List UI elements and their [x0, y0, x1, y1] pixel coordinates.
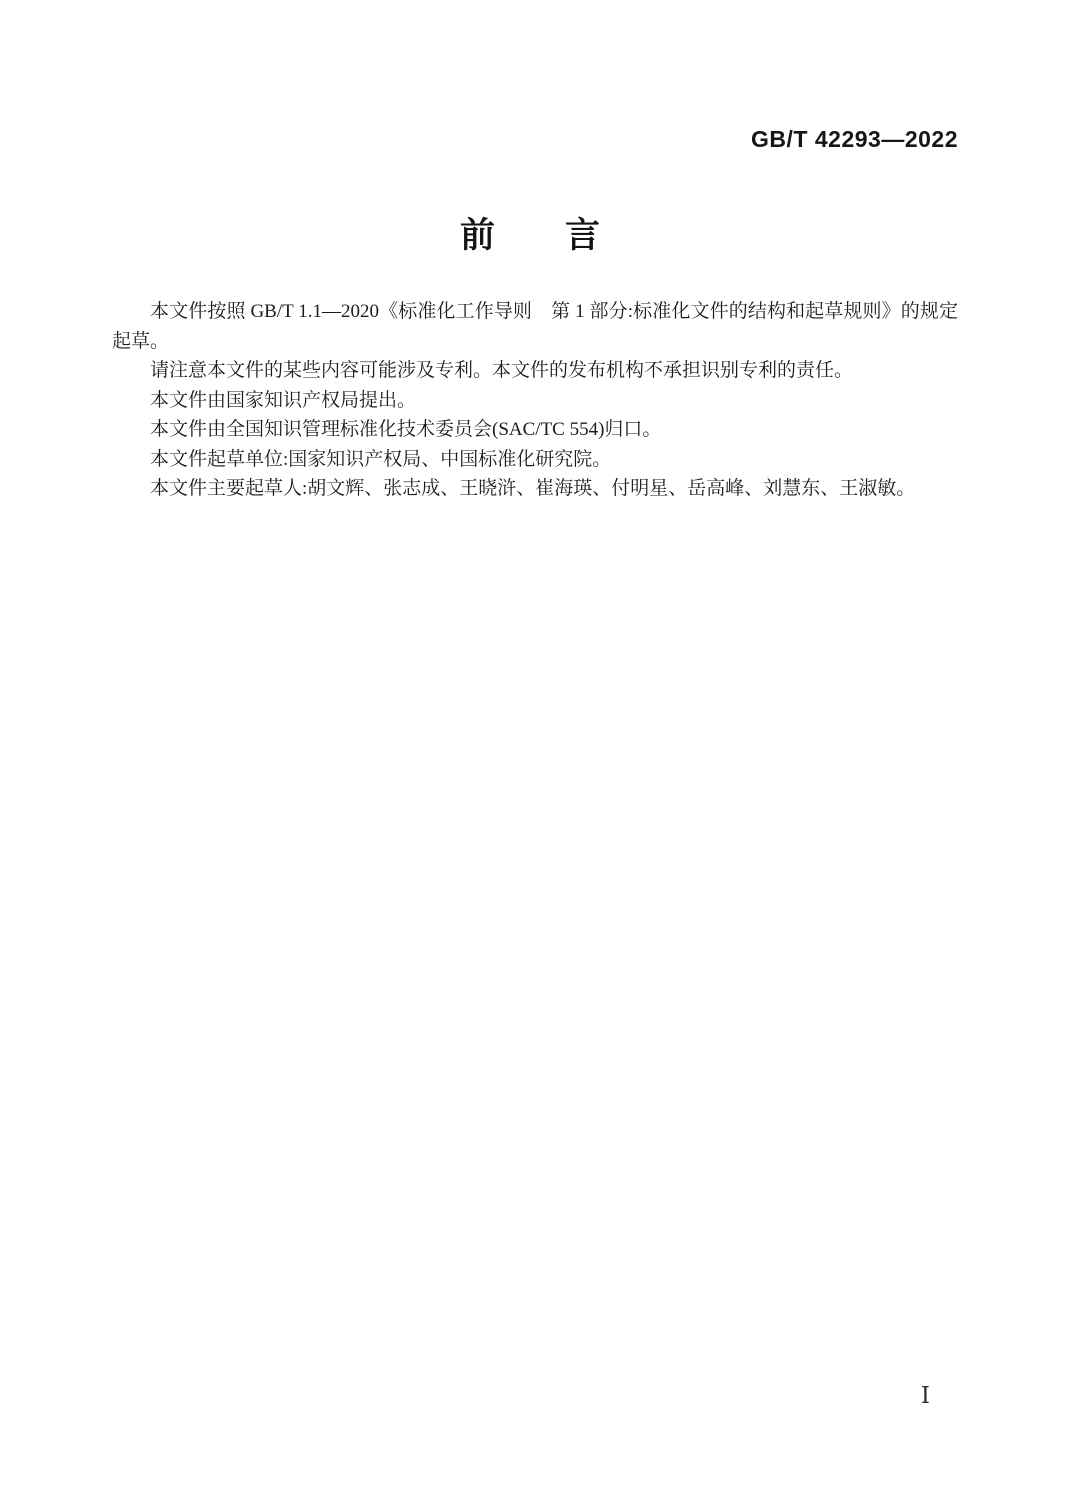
standard-code: GB/T 42293—2022 [751, 126, 958, 152]
paragraph-centralized-by: 本文件由全国知识管理标准化技术委员会(SAC/TC 554)归口。 [112, 415, 958, 445]
paragraph-proposed-by: 本文件由国家知识产权局提出。 [112, 386, 958, 416]
page-footer: Ⅰ [0, 1383, 930, 1409]
document-page: GB/T 42293—2022 前 言 本文件按照 GB/T 1.1—2020《… [0, 0, 1070, 1511]
page-number: Ⅰ [921, 1383, 930, 1408]
paragraph-drafting-organizations: 本文件起草单位:国家知识产权局、中国标准化研究院。 [112, 445, 958, 475]
foreword-title: 前 言 [0, 208, 1060, 258]
foreword-body: 本文件按照 GB/T 1.1—2020《标准化工作导则 第 1 部分:标准化文件… [112, 297, 958, 504]
paragraph-drafting-rules: 本文件按照 GB/T 1.1—2020《标准化工作导则 第 1 部分:标准化文件… [112, 297, 958, 356]
paragraph-patent-notice: 请注意本文件的某些内容可能涉及专利。本文件的发布机构不承担识别专利的责任。 [112, 356, 958, 386]
paragraph-chief-drafters: 本文件主要起草人:胡文辉、张志成、王晓浒、崔海瑛、付明星、岳高峰、刘慧东、王淑敏… [112, 474, 958, 504]
page-header: GB/T 42293—2022 [0, 126, 958, 153]
